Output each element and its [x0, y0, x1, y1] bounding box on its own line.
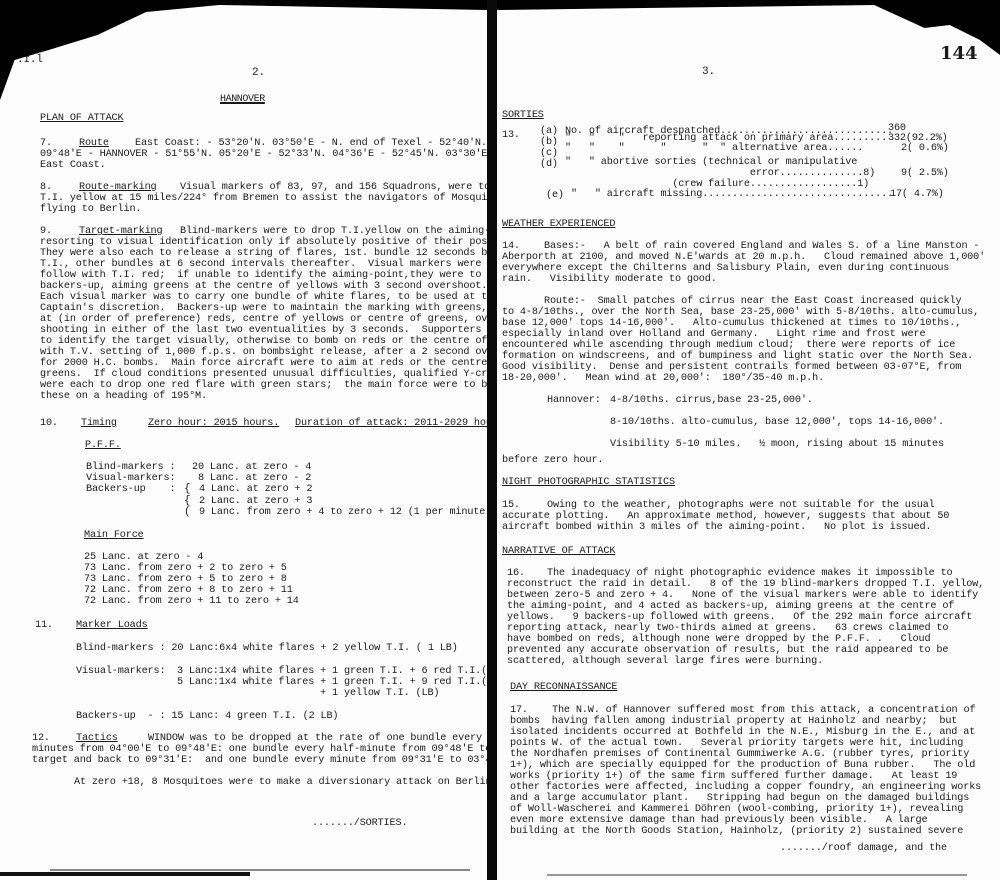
text-line: of Woll-Wascherei and Kammerei Döhren (w… [510, 804, 963, 816]
pff-role: Backers-up : [86, 484, 175, 496]
text-line: to 4-8/10ths., over the North Sea, base … [502, 307, 979, 319]
main-force-row: 25 Lanc. at zero - 4 [84, 552, 203, 564]
pff-heading: P.F.F. [85, 440, 121, 452]
zero-hour: Zero hour: 2015 hours. [148, 418, 279, 430]
section-number: 9. [40, 226, 52, 238]
row-value: 2( 0.6%) [901, 143, 949, 155]
text-line: between zero-5 and zero + 4. None of the… [507, 590, 978, 602]
text-line: the Nordhafen premises of Continental Gu… [510, 749, 969, 761]
section-number: 12. [32, 733, 50, 745]
scan-edge-noise [50, 869, 470, 871]
visual-markers-label: Visual-markers: [76, 666, 165, 678]
text-line: Visual markers of 83, 97, and 156 Squadr… [180, 182, 487, 194]
row-key: (b) [540, 137, 558, 149]
section-label: Target-marking [79, 226, 163, 238]
text-line: and a large accumulator plant. Stripping… [510, 793, 969, 805]
row-key: (c) [540, 148, 558, 160]
backers-up-load: Backers-up - : 15 Lanc: 4 green T.I. (2 … [76, 711, 338, 723]
continuation-marker: ......./SORTIES. [312, 818, 407, 830]
text-line: Route:- Small patches of cirrus near the… [544, 296, 961, 308]
continuation-marker: ......./roof damage, and the [780, 843, 947, 855]
text-line: even more extensive damage than had prev… [510, 815, 927, 827]
right-page: 3. 144 SORTIES 13. (a) No. of aircraft d… [497, 0, 1000, 880]
scanned-document-spread: .ɪ.Ɩ 2. HANNOVER PLAN OF ATTACK 7. Route… [0, 0, 1000, 880]
text-line: reconstruct the raid in detail. 8 of the… [507, 579, 984, 591]
section-number: 14. [502, 241, 520, 253]
section-number: 8. [40, 182, 52, 194]
text-line: greens. If cloud conditions presented un… [40, 369, 487, 381]
visual-markers-load: 3 Lanc:1x4 white flares + 1 green T.I. +… [177, 666, 487, 678]
text-line: The N.W. of Hannover suffered most from … [552, 705, 975, 717]
text-line: works (priority 1+) of the same firm suf… [510, 771, 957, 783]
text-line: everywhere except the Chilterns and Sali… [502, 263, 949, 275]
main-force-row: 72 Lanc. from zero + 11 to zero + 14 [84, 596, 299, 608]
text-line: rain. Visibility moderate to good. [502, 274, 717, 286]
text-line: T.I., other bundles at 6 second interval… [40, 259, 487, 271]
text-line: 1+), which are specially equipped for th… [510, 760, 975, 772]
text-line: were each to drop one red flare with gre… [40, 380, 487, 392]
row-text: error..............8) [565, 168, 875, 180]
brace-icon: { [184, 484, 190, 496]
text-line: with T.V. setting of 1,000 f.p.s. on bom… [40, 347, 487, 359]
section-heading-day-recce: DAY RECONNAISSANCE [510, 682, 617, 694]
left-page: .ɪ.Ɩ 2. HANNOVER PLAN OF ATTACK 7. Route… [0, 0, 487, 880]
text-line: resorting to visual identification only … [40, 237, 487, 249]
pff-detail: 4 Lanc. at zero + 2 [199, 484, 312, 496]
binding-gutter [487, 0, 497, 880]
section-number: 15. [502, 500, 520, 512]
main-force-heading: Main Force [84, 530, 144, 542]
text-line: They were also each to release a string … [40, 248, 487, 260]
blind-markers-load: Blind-markers : 20 Lanc:6x4 white flares… [76, 643, 458, 655]
section-label: Marker Loads [76, 620, 148, 632]
section-number: 7. [40, 138, 52, 150]
section-heading-plan-of-attack: PLAN OF ATTACK [40, 113, 124, 125]
text-line: East Coast: - 53°20'N. 03°50'E - N. end … [135, 138, 487, 150]
scan-edge-shadow [0, 872, 250, 876]
pff-role: Blind-markers : [86, 462, 175, 474]
section-heading-narrative: NARRATIVE OF ATTACK [502, 546, 615, 558]
row-text: " " " " " " alternative area...... [565, 143, 863, 155]
text-line: Bases:- A belt of rain covered England a… [544, 241, 979, 253]
text-line: reporting attack, nearly two-thirds aime… [507, 623, 948, 635]
text-line: points W. of the actual town. Several pr… [510, 738, 963, 750]
page-number: 3. [702, 67, 715, 79]
text-line: The inadequacy of night photographic evi… [547, 568, 953, 580]
section-number: 13. [502, 130, 520, 142]
visual-markers-load: 5 Lanc:1x4 white flares + 1 green T.I. +… [177, 677, 487, 689]
text-line: yellows. 9 backers-up followed with gree… [507, 612, 972, 624]
section-label: Route [79, 138, 109, 150]
document-title: HANNOVER [220, 94, 265, 106]
text-line: the aiming-point, and 4 acted as backers… [507, 601, 954, 613]
pff-detail: 2 Lanc. at zero + 3 [199, 496, 312, 508]
main-force-row: 73 Lanc. from zero + 5 to zero + 8 [84, 574, 287, 586]
text-line: aircraft bombed within 3 miles of the ai… [502, 522, 931, 534]
brace-icon: ( [184, 507, 190, 519]
text-line: East Coast. [40, 160, 106, 172]
text-line: 18-20,000'. Mean wind at 20,000': 180°/3… [502, 373, 824, 385]
text-line: formation on windscreens, and of bumpine… [502, 351, 973, 363]
hannover-weather-label: Hannover: [547, 395, 601, 407]
row-text: " " aircraft missing....................… [571, 189, 893, 201]
pff-detail: 8 Lanc. at zero - 2 [192, 473, 311, 485]
text-line: prevented any accurate observation of re… [507, 645, 948, 657]
row-key: (d) [540, 159, 558, 171]
text-line: these on a heading of 195°M. [40, 391, 207, 403]
text-line: isolated incidents occurred at Bothfeld … [510, 727, 975, 739]
text-line: Blind-markers were to drop T.I.yellow on… [180, 226, 487, 238]
text-line: building at the North Goods Station, Hai… [510, 826, 963, 838]
text-line: Each visual marker was to carry one bund… [40, 292, 487, 304]
text-line: other factories were affected, including… [510, 782, 981, 794]
text-line: Good visibility. Dense and persistent co… [502, 362, 961, 374]
text-line: flying to Berlin. [40, 204, 141, 216]
text-line: Visibility 5-10 miles. ½ moon, rising ab… [610, 439, 944, 451]
text-line: encountered while ascending through medi… [502, 340, 955, 352]
text-line: WINDOW was to be dropped at the rate of … [148, 733, 487, 745]
section-label: Route-marking [79, 182, 157, 194]
pff-role: Visual-markers: [86, 473, 175, 485]
section-heading-weather: WEATHER EXPERIENCED [502, 219, 615, 231]
section-label: Tactics [76, 733, 118, 745]
text-line: Aberporth at 2100, and moved N.E'wards a… [502, 252, 985, 264]
text-line: follow with T.I. red; if unable to ident… [40, 270, 487, 282]
folio-number: 144 [940, 48, 978, 60]
text-line: have bombed on reds, although none were … [507, 634, 930, 646]
visual-markers-load: + 1 yellow T.I. (LB) [177, 688, 439, 700]
scan-edge-noise [547, 874, 967, 876]
text-line: accurate plotting. An approximate method… [502, 511, 949, 523]
text-line: to identify the target visually, otherwi… [40, 336, 487, 348]
main-force-row: 73 Lanc. from zero + 2 to zero + 5 [84, 563, 287, 575]
pff-detail: 9 Lanc. from zero + 4 to zero + 12 (1 pe… [199, 507, 487, 519]
section-number: 10. [40, 418, 58, 430]
text-line: 8-10/10ths. alto-cumulus, base 12,000', … [610, 417, 944, 429]
text-line: especially inland over Holland and Germa… [502, 329, 925, 341]
text-line: backers-up, aiming greens at the centre … [40, 281, 487, 293]
section-label: Timing [81, 418, 117, 430]
row-value: 17( 4.7%) [890, 189, 944, 201]
section-heading-sorties: SORTIES [502, 110, 544, 122]
row-key: (e) [546, 190, 564, 202]
pff-detail: 20 Lanc. at zero - 4 [192, 462, 311, 474]
section-number: 11. [35, 620, 53, 632]
text-line: 09°48'E - HANNOVER - 51°55'N. 05°20'E - … [40, 149, 487, 161]
main-force-row: 72 Lanc. from zero + 8 to zero + 11 [84, 585, 293, 597]
row-text: " " abortive sorties (technical or manip… [565, 157, 857, 169]
text-line: target and back to 09°31'E: and one bund… [32, 755, 487, 767]
text-line: bombs having fallen among industrial pro… [510, 716, 957, 728]
section-number: 17. [510, 705, 528, 717]
page-number: 2. [252, 68, 265, 80]
text-line: shooting in either of the last two event… [40, 325, 487, 337]
text-line: for 2000 H.C. bombs. Main force aircraft… [40, 358, 487, 370]
text-line: base 12,000' tops 14-16,000'. Alto-cumul… [502, 318, 961, 330]
text-line: 4-8/10ths. cirrus,base 23-25,000'. [610, 395, 813, 407]
attack-duration: Duration of attack: 2011-2029 hours. [295, 418, 487, 430]
text-line: minutes from 04°00'E to 09°48'E: one bun… [32, 744, 487, 756]
text-line: before zero hour. [502, 455, 603, 467]
margin-mark: .ɪ.Ɩ [17, 55, 43, 67]
text-line: T.I. yellow at 15 miles/224° from Bremen… [40, 193, 487, 205]
diversion-note: At zero +18, 8 Mosquitoes were to make a… [74, 777, 487, 789]
row-key: (a) [540, 126, 558, 138]
text-line: Captain's discretion. Backers-up were to… [40, 303, 487, 315]
text-line: scattered, although several large fires … [507, 656, 823, 668]
section-number: 16. [507, 568, 525, 580]
text-line: Owing to the weather, photographs were n… [547, 500, 935, 512]
row-value: 9( 2.5%) [901, 168, 949, 180]
text-line: at (in order of preference) reds, centre… [40, 314, 487, 326]
section-heading-night-photo: NIGHT PHOTOGRAPHIC STATISTICS [502, 477, 675, 489]
